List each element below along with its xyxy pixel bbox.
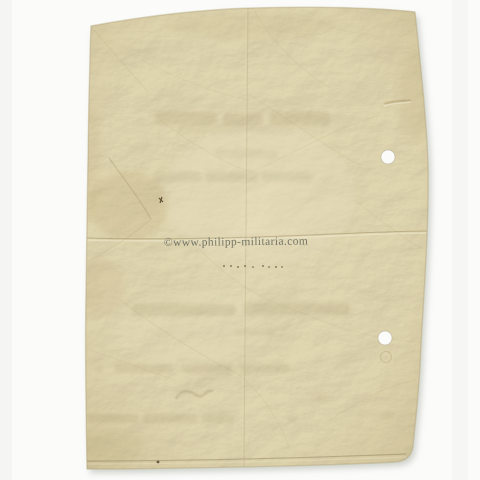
document-photo-canvas: ©www.philipp-militaria.com xyxy=(0,0,480,480)
scanner-band-right xyxy=(452,0,468,480)
scanner-band-left xyxy=(0,0,12,480)
scanned-document-photo: ©www.philipp-militaria.com xyxy=(0,0,480,480)
watermark-text: ©www.philipp-militaria.com xyxy=(164,235,308,249)
